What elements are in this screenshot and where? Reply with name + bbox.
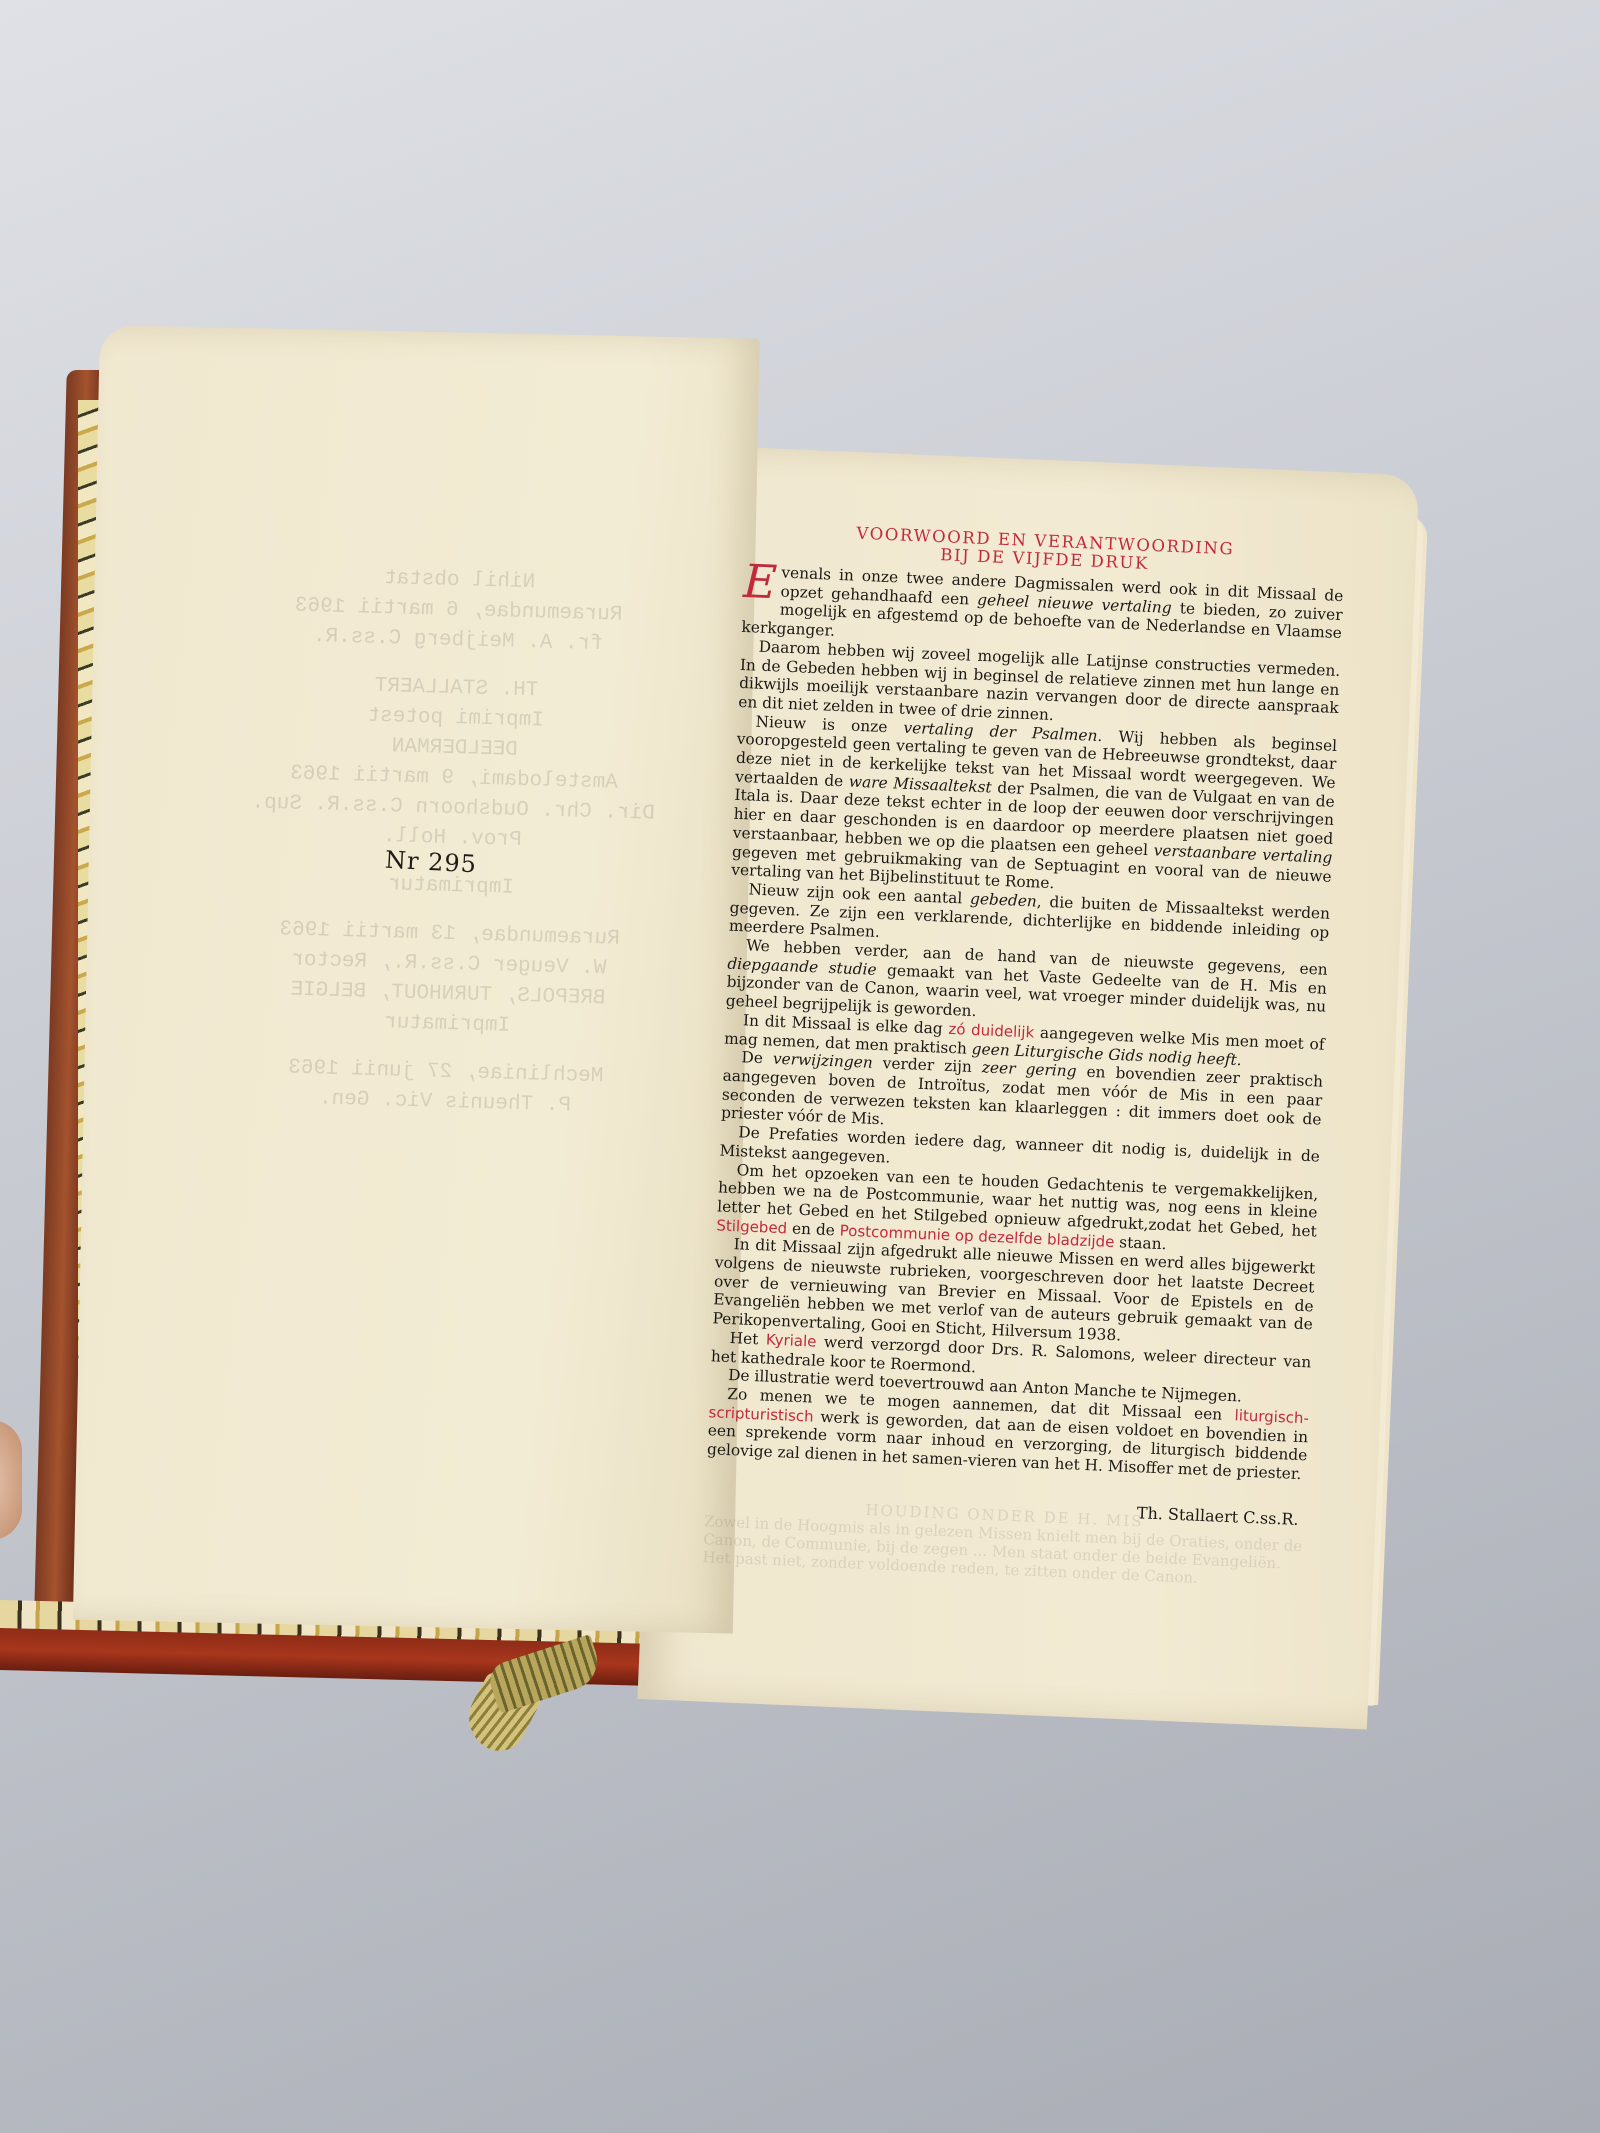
- rubric-highlight: Kyriale: [766, 1330, 817, 1350]
- paragraph-3: Nieuw is onze vertaling der Psalmen. Wij…: [731, 711, 1338, 904]
- number-value: 295: [427, 848, 477, 879]
- preface-text-block: VOORWOORD EN VERANTWOORDING BIJ DE VIJFD…: [702, 520, 1345, 1591]
- rubric-highlight: Stilgebed: [716, 1216, 787, 1237]
- drop-cap: E: [743, 562, 778, 601]
- copy-number: Nr 295: [384, 846, 477, 879]
- thumb-holding-page: [0, 1420, 22, 1540]
- left-page-print-through: Nihil obstat Ruraemundae, 6 martii 1963 …: [225, 560, 680, 1124]
- preface-body: Evenals in onze twee andere Dagmissalen …: [707, 562, 1344, 1484]
- number-prefix: Nr: [384, 846, 420, 876]
